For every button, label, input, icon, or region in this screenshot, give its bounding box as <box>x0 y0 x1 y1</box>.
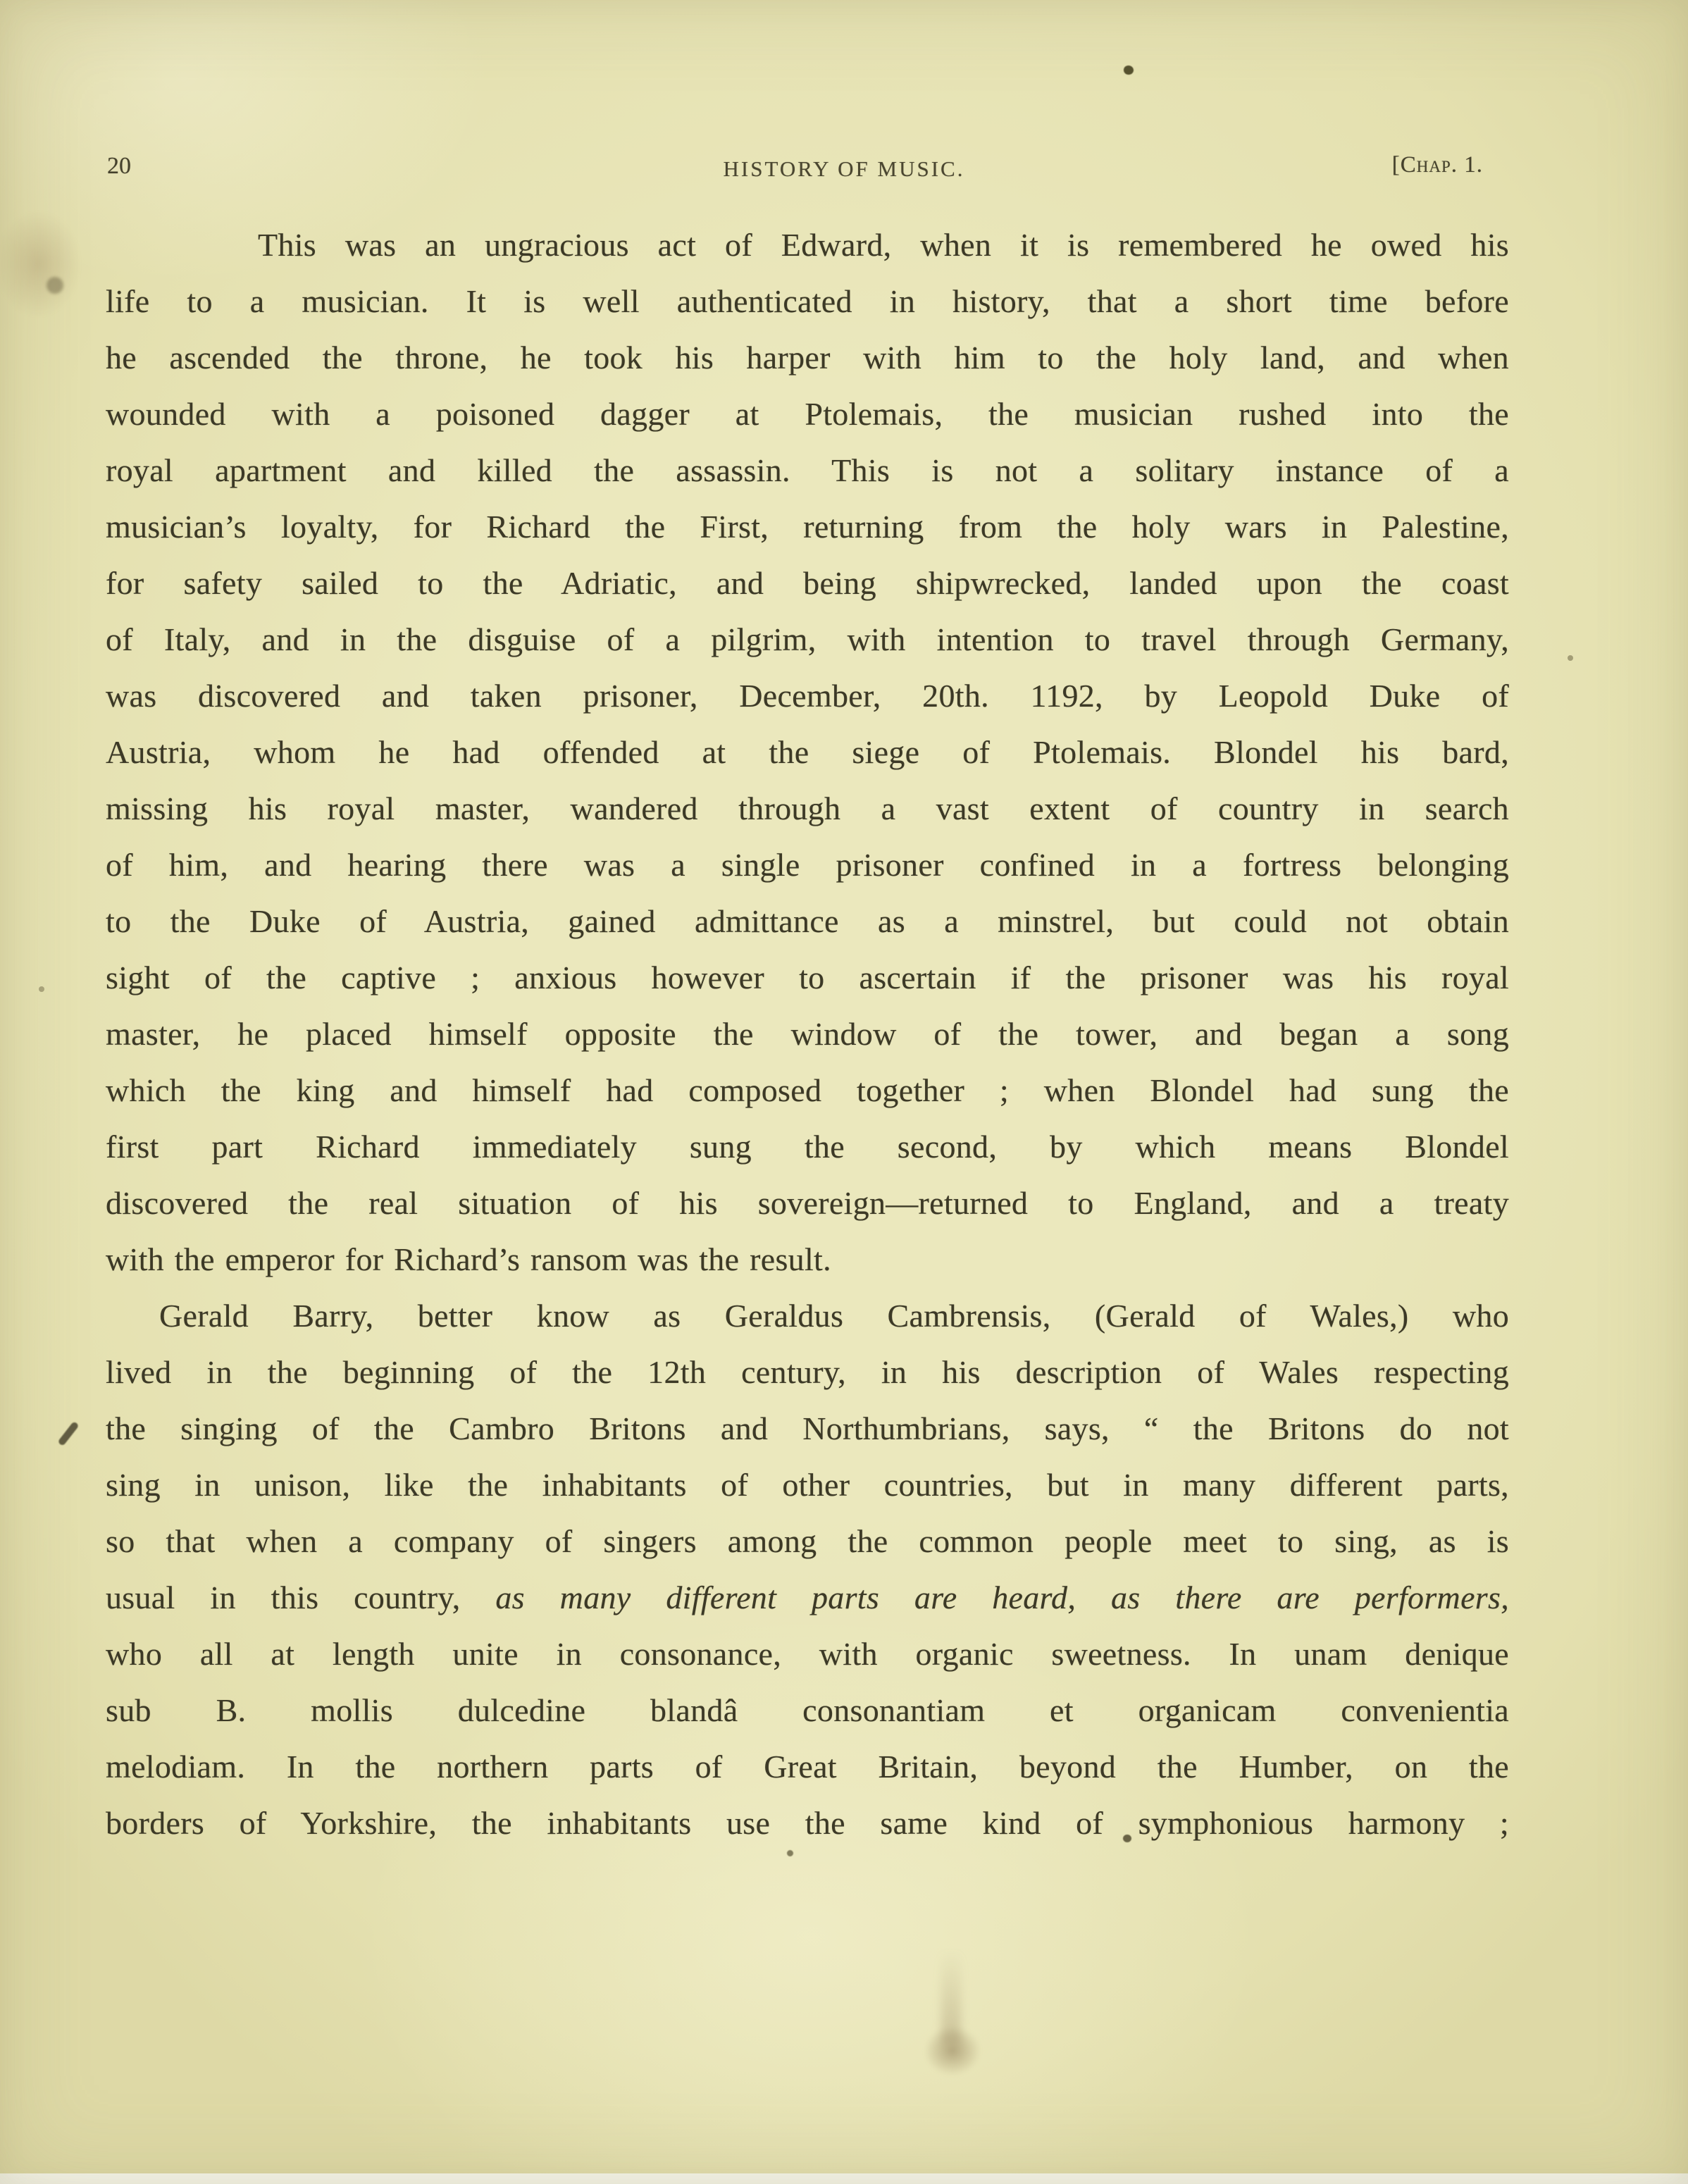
text-run: he ascended the throne, he took his harp… <box>106 340 1509 376</box>
text-line: with the emperor for Richard’s ransom wa… <box>106 1231 1509 1288</box>
text-line: discovered the real situation of his sov… <box>106 1175 1509 1231</box>
text-run: borders of Yorkshire, the inhabitants us… <box>106 1805 1509 1841</box>
text-run: first part Richard immediately sung the … <box>106 1129 1509 1165</box>
paper-stain <box>0 211 80 317</box>
text-line: lived in the beginning of the 12th centu… <box>106 1344 1509 1401</box>
text-run: of him, and hearing there was a single p… <box>106 847 1509 883</box>
paper-stain-core <box>46 277 63 294</box>
scanned-book-page: 20 HISTORY OF MUSIC. [Chap. 1. This was … <box>0 0 1688 2184</box>
text-line: the singing of the Cambro Britons and No… <box>106 1401 1509 1457</box>
text-run: with the emperor for Richard’s ransom wa… <box>106 1241 831 1277</box>
text-line: usual in this country, as many different… <box>106 1570 1509 1626</box>
text-run: to the Duke of Austria, gained admittanc… <box>106 903 1509 939</box>
text-line: borders of Yorkshire, the inhabitants us… <box>106 1795 1509 1851</box>
text-line: first part Richard immediately sung the … <box>106 1119 1509 1175</box>
text-run: of Italy, and in the disguise of a pilgr… <box>106 621 1509 657</box>
text-run: melodiam. In the northern parts of Great… <box>106 1749 1509 1785</box>
text-run: discovered the real situation of his sov… <box>106 1185 1509 1221</box>
text-run: sub B. mollis dulcedine blandâ consonant… <box>106 1692 1509 1728</box>
text-line: missing his royal master, wandered throu… <box>106 781 1509 837</box>
text-line: so that when a company of singers among … <box>106 1513 1509 1570</box>
text-run: usual in this country, <box>106 1580 495 1615</box>
chapter-heading: [Chap. 1. <box>1392 151 1483 179</box>
ink-speck <box>1568 655 1573 661</box>
text-line: sight of the captive ; anxious however t… <box>106 950 1509 1006</box>
text-line: life to a musician. It is well authentic… <box>106 273 1509 330</box>
text-run: which the king and himself had composed … <box>106 1072 1509 1108</box>
text-run: who all at length unite in consonance, w… <box>106 1636 1509 1672</box>
text-line: to the Duke of Austria, gained admittanc… <box>106 893 1509 950</box>
text-line: was discovered and taken prisoner, Decem… <box>106 668 1509 724</box>
text-line: master, he placed himself opposite the w… <box>106 1006 1509 1062</box>
text-line: melodiam. In the northern parts of Great… <box>106 1739 1509 1795</box>
text-run: This was an ungracious act of Edward, wh… <box>258 227 1509 263</box>
text-line: sing in unison, like the inhabitants of … <box>106 1457 1509 1513</box>
text-run: wounded with a poisoned dagger at Ptolem… <box>106 396 1509 432</box>
text-line: Austria, whom he had offended at the sie… <box>106 724 1509 781</box>
text-line: This was an ungracious act of Edward, wh… <box>106 217 1509 273</box>
text-run: lived in the beginning of the 12th centu… <box>106 1354 1509 1390</box>
text-run: musician’s loyalty, for Richard the Firs… <box>106 509 1509 545</box>
text-run: royal apartment and killed the assassin.… <box>106 452 1509 488</box>
text-line: sub B. mollis dulcedine blandâ consonant… <box>106 1682 1509 1739</box>
text-run: so that when a company of singers among … <box>106 1523 1509 1559</box>
text-line: royal apartment and killed the assassin.… <box>106 442 1509 499</box>
text-run: Austria, whom he had offended at the sie… <box>106 734 1509 770</box>
ink-smudge-blob <box>924 2026 981 2076</box>
text-run-italic: as many different parts are heard, as th… <box>495 1580 1509 1615</box>
text-run: Gerald Barry, better know as Geraldus Ca… <box>159 1298 1509 1334</box>
text-run: missing his royal master, wandered throu… <box>106 790 1509 826</box>
text-line: wounded with a poisoned dagger at Ptolem… <box>106 386 1509 442</box>
ink-speck <box>1124 66 1134 75</box>
text-line: of him, and hearing there was a single p… <box>106 837 1509 893</box>
text-line: musician’s loyalty, for Richard the Firs… <box>106 499 1509 555</box>
text-run: life to a musician. It is well authentic… <box>106 283 1509 319</box>
text-line: for safety sailed to the Adriatic, and b… <box>106 555 1509 612</box>
text-run: the singing of the Cambro Britons and No… <box>106 1410 1509 1446</box>
text-line: he ascended the throne, he took his harp… <box>106 330 1509 386</box>
text-run: for safety sailed to the Adriatic, and b… <box>106 565 1509 601</box>
text-line: of Italy, and in the disguise of a pilgr… <box>106 612 1509 668</box>
text-run: sight of the captive ; anxious however t… <box>106 960 1509 995</box>
text-line: Gerald Barry, better know as Geraldus Ca… <box>106 1288 1509 1344</box>
ink-speck <box>39 986 44 992</box>
text-line: who all at length unite in consonance, w… <box>106 1626 1509 1682</box>
page-body: This was an ungracious act of Edward, wh… <box>106 217 1509 1851</box>
text-run: master, he placed himself opposite the w… <box>106 1016 1509 1052</box>
text-line: which the king and himself had composed … <box>106 1062 1509 1119</box>
ink-smudge-streak <box>941 1952 961 2043</box>
text-run: sing in unison, like the inhabitants of … <box>106 1467 1509 1503</box>
ink-stroke-mark <box>57 1421 79 1446</box>
scan-edge <box>0 2173 1688 2184</box>
text-run: was discovered and taken prisoner, Decem… <box>106 678 1509 714</box>
